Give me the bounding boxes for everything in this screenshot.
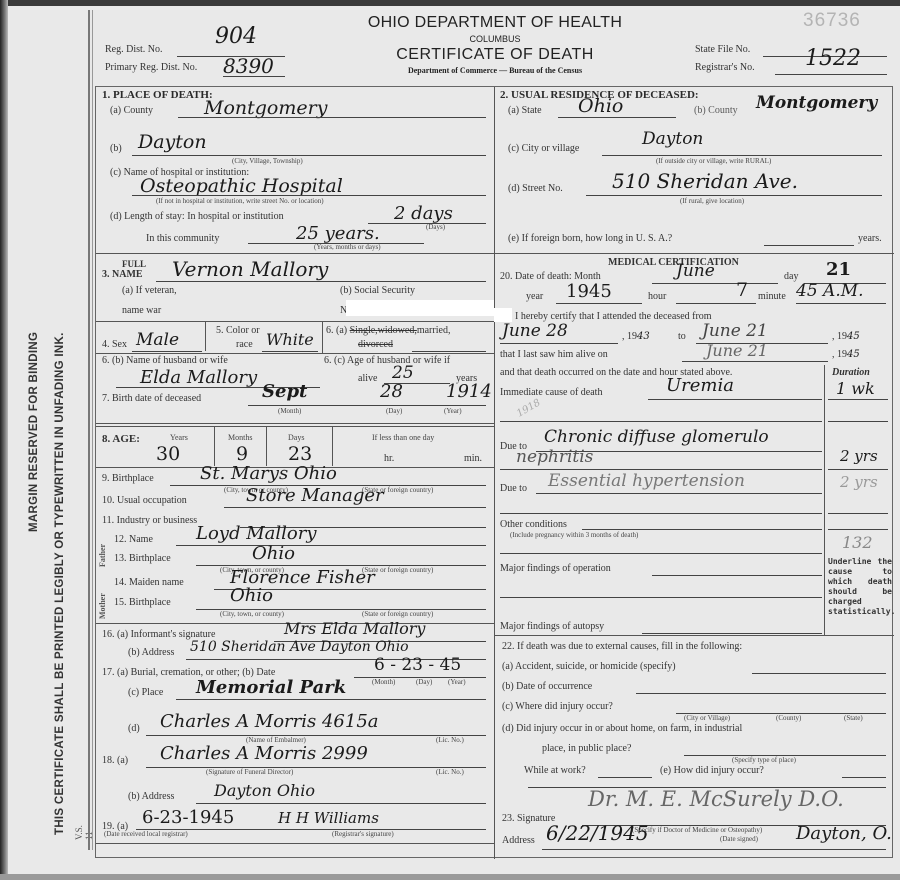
external-c-label: (c) Where did injury occur? <box>502 701 613 712</box>
cause-code-number: 132 <box>842 533 873 552</box>
birth-month-hint: (Month) <box>278 407 301 415</box>
physician-sig-hint: (Specify if Doctor of Medicine or Osteop… <box>632 826 762 834</box>
director-address-label: (b) Address <box>128 791 174 802</box>
age-years-label: Years <box>170 433 188 442</box>
other-conditions-label: Other conditions <box>500 519 567 530</box>
director-hint: (Signature of Funeral Director) <box>206 768 293 776</box>
veteran-label: (a) If veteran, <box>122 285 177 296</box>
burial-place-label: (c) Place <box>128 687 163 698</box>
mother-maiden-label: 14. Maiden name <box>114 577 184 588</box>
margin-note: 1918 <box>515 397 543 419</box>
scan-left-edge <box>0 0 8 880</box>
margin-reserved-text: MARGIN RESERVED FOR BINDING <box>28 332 40 532</box>
due-to-1-value-cont: nephritis <box>516 447 593 467</box>
due-to-1-duration: 2 yrs <box>840 447 878 465</box>
embalmer-lic-hint: (Lic. No.) <box>436 736 464 744</box>
form-body: 1. PLACE OF DEATH: (a) County Montgomery… <box>95 86 893 858</box>
age-less-label: If less than one day <box>372 433 434 442</box>
external-d-hint: (Specify type of place) <box>732 756 796 764</box>
residence-state-label: (a) State <box>508 105 542 116</box>
informant-signature: Mrs Elda Mallory <box>284 619 425 638</box>
external-e-label: (e) How did injury occur? <box>660 765 764 776</box>
residence-city-label: (c) City or village <box>508 143 579 154</box>
age-days-value: 23 <box>288 443 312 465</box>
director-prefix: 18. (a) <box>102 755 128 766</box>
birthplace-value: St. Marys Ohio <box>200 463 337 484</box>
attended-to-label: to <box>678 331 686 342</box>
autopsy-findings-label: Major findings of autopsy <box>500 621 604 632</box>
due-to-1-value: Chronic diffuse glomerulo <box>544 427 769 447</box>
age-label: 8. AGE: <box>102 433 140 445</box>
death-city-prefix: (b) <box>110 143 122 154</box>
age-years-value: 30 <box>156 443 180 465</box>
redaction-mark <box>494 308 512 322</box>
director-lic-hint: (Lic. No.) <box>436 768 464 776</box>
hospital-hint: (If not in hospital or institution, writ… <box>156 197 324 205</box>
certificate-header: Reg. Dist. No. 904 Primary Reg. Dist. No… <box>95 6 895 86</box>
birth-month-value: Sept <box>262 381 307 402</box>
last-saw-value: June 21 <box>706 341 768 360</box>
attended-to-value: June 21 <box>702 321 768 341</box>
death-city-hint: (City, Village, Township) <box>232 157 303 165</box>
reg-dist-value: 904 <box>215 24 257 49</box>
stay-community-value: 25 years. <box>296 223 380 244</box>
spouse-alive-label: alive <box>358 373 377 384</box>
residence-state-value: Ohio <box>578 95 623 117</box>
embalmer-value: Charles A Morris 4615a <box>160 711 379 732</box>
due-to-label-2: Due to <box>500 483 527 494</box>
occupation-value: Store Manager <box>246 485 384 506</box>
sex-label: 4. Sex <box>102 339 127 350</box>
immediate-cause-value: Uremia <box>666 375 734 396</box>
department-title: OHIO DEPARTMENT OF HEALTH <box>325 14 665 32</box>
residence-street-value: 510 Sheridan Ave. <box>612 169 798 193</box>
mother-bracket: Mother <box>98 573 110 621</box>
immediate-cause-label: Immediate cause of death <box>500 387 602 398</box>
father-name-label: 12. Name <box>114 534 153 545</box>
ssn-label: (b) Social Security <box>340 285 415 296</box>
external-b-label: (b) Date of occurrence <box>502 681 592 692</box>
death-county-label: (a) County <box>110 105 153 116</box>
external-d-label-cont: place, in public place? <box>542 743 631 754</box>
registrar-signature: H H Williams <box>278 809 379 827</box>
operation-findings-label: Major findings of operation <box>500 563 611 574</box>
death-minute-label: minute <box>758 291 786 302</box>
burial-date-value: 6 - 23 - 45 <box>374 655 461 675</box>
burial-day-hint: (Day) <box>416 678 432 686</box>
primary-reg-dist-value: 8390 <box>223 54 274 78</box>
last-saw-year: , 1945 <box>832 349 860 360</box>
duration-header: Duration <box>832 367 870 378</box>
registrars-no-label: Registrar's No. <box>695 62 755 73</box>
stay-hospital-value: 2 days <box>394 203 453 224</box>
veteran-war-label: name war <box>122 305 161 316</box>
birthplace-label: 9. Birthplace <box>102 473 154 484</box>
death-month-value: June <box>676 261 715 281</box>
age-min-label: min. <box>464 453 482 464</box>
death-hour-label: hour <box>648 291 666 302</box>
occupation-label: 10. Usual occupation <box>102 495 187 506</box>
due-to-2-value: Essential hypertension <box>548 471 745 491</box>
margin-rule-inner <box>92 10 93 850</box>
attended-to-year: , 1945 <box>832 331 860 342</box>
burial-year-hint: (Year) <box>448 678 466 686</box>
spouse-label: 6. (b) Name of husband or wife <box>102 355 228 366</box>
mother-birthplace-value: Ohio <box>230 585 273 606</box>
registrars-no-value: 1522 <box>805 46 861 71</box>
age-months-value: 9 <box>236 443 248 465</box>
age-hr-label: hr. <box>384 453 394 464</box>
date-signed-value: 6/22/1945 <box>546 821 649 845</box>
death-hour-value: 7 <box>736 279 748 301</box>
attended-from-value: June 28 <box>502 321 568 341</box>
death-year-value: 1945 <box>566 281 612 302</box>
death-city-value: Dayton <box>138 131 207 153</box>
spouse-age-value: 25 <box>392 363 414 383</box>
mother-birthplace-label: 15. Birthplace <box>114 597 171 608</box>
race-label-1: 5. Color or <box>216 325 260 336</box>
while-at-work-label: While at work? <box>524 765 586 776</box>
director-address-value: Dayton Ohio <box>214 781 315 800</box>
death-county-value: Montgomery <box>204 97 327 119</box>
hospital-value: Osteopathic Hospital <box>140 175 343 197</box>
residence-street-label: (d) Street No. <box>508 183 563 194</box>
full-name-value: Vernon Mallory <box>172 257 328 281</box>
father-birthplace-value: Ohio <box>252 543 295 564</box>
mother-state-hint: (State or foreign country) <box>362 610 433 618</box>
external-c-hint-state: (State) <box>844 714 863 722</box>
received-hint: (Date received local registrar) <box>104 830 188 838</box>
race-value: White <box>266 330 314 349</box>
age-months-label: Months <box>228 433 252 442</box>
date-signed-hint: (Date signed) <box>720 835 758 843</box>
margin-rule <box>88 10 90 850</box>
sex-value: Male <box>136 330 179 350</box>
underline-note: Underline the cause to which death shoul… <box>828 557 892 617</box>
document-title: CERTIFICATE OF DEATH <box>325 46 665 64</box>
external-d-label: (d) Did injury occur in or about home, o… <box>502 723 742 734</box>
physician-signature: Dr. M. E. McSurely D.O. <box>588 787 844 811</box>
reg-dist-label: Reg. Dist. No. <box>105 44 163 55</box>
medical-title: MEDICAL CERTIFICATION <box>608 257 739 268</box>
full-name-label-2: 3. NAME <box>102 269 143 280</box>
external-c-hint-city: (City or Village) <box>684 714 730 722</box>
attended-from-year: , 1943 <box>622 331 650 342</box>
residence-city-hint: (If outside city or village, write RURAL… <box>656 157 771 165</box>
spouse-age-label: 6. (c) Age of husband or wife if <box>324 355 450 366</box>
spouse-value: Elda Mallory <box>140 367 257 388</box>
birth-date-label: 7. Birth date of deceased <box>102 393 201 404</box>
director-value: Charles A Morris 2999 <box>160 743 368 764</box>
other-conditions-hint: (Include pregnancy within 3 months of de… <box>510 531 638 539</box>
birth-day-hint: (Day) <box>386 407 402 415</box>
place-of-death-title: 1. PLACE OF DEATH: <box>102 89 213 101</box>
death-day-value: 21 <box>826 259 851 280</box>
race-label-2: race <box>236 339 253 350</box>
industry-label: 11. Industry or business <box>102 515 197 526</box>
stamp-number: 36736 <box>803 10 861 32</box>
burial-month-hint: (Month) <box>372 678 395 686</box>
stay-hospital-hint: (Days) <box>426 223 445 231</box>
marital-status: 6. (a) Single,widowed,married, <box>326 325 450 336</box>
registrar-hint: (Registrar's signature) <box>332 830 394 838</box>
informant-address-value: 510 Sheridan Ave Dayton Ohio <box>190 639 409 655</box>
external-a-label: (a) Accident, suicide, or homicide (spec… <box>502 661 676 672</box>
ssn-redaction <box>346 300 494 316</box>
last-saw-label: that I last saw him alive on <box>500 349 608 360</box>
birth-year-value: 1914 <box>446 381 492 402</box>
received-date-value: 6-23-1945 <box>142 807 234 828</box>
death-year-label: year <box>526 291 543 302</box>
residence-county-label: (b) County <box>694 105 738 116</box>
residence-city-value: Dayton <box>642 129 703 149</box>
full-name-label-1: FULL <box>122 259 146 269</box>
physician-address-value: Dayton, O. <box>796 823 892 844</box>
column-divider <box>494 87 495 859</box>
scan-bottom-edge <box>0 874 900 880</box>
due-to-2-duration: 2 yrs <box>840 473 878 491</box>
title-block: OHIO DEPARTMENT OF HEALTH COLUMBUS CERTI… <box>325 14 665 75</box>
city-subtitle: COLUMBUS <box>325 34 665 44</box>
stay-hospital-label: (d) Length of stay: In hospital or insti… <box>110 211 284 222</box>
external-c-hint-county: (County) <box>776 714 801 722</box>
foreign-born-label: (e) If foreign born, how long in U. S. A… <box>508 233 672 244</box>
mother-city-hint: (City, town, or county) <box>220 610 284 618</box>
birth-year-hint: (Year) <box>444 407 462 415</box>
father-birthplace-label: 13. Birthplace <box>114 553 171 564</box>
physician-address-label: Address <box>502 835 535 846</box>
legibility-instruction: THIS CERTIFICATE SHALL BE PRINTED LEGIBL… <box>54 332 66 835</box>
death-certificate-page: MARGIN RESERVED FOR BINDING THIS CERTIFI… <box>0 0 900 880</box>
embalmer-prefix: (d) <box>128 723 140 734</box>
immediate-duration-value: 1 wk <box>836 379 875 398</box>
age-days-label: Days <box>288 433 304 442</box>
primary-reg-dist-label: Primary Reg. Dist. No. <box>105 62 197 73</box>
stay-community-hint: (Years, months or days) <box>314 243 381 251</box>
state-file-label: State File No. <box>695 44 750 55</box>
department-subtitle: Department of Commerce — Bureau of the C… <box>325 66 665 75</box>
marital-divorced: divorced <box>358 339 393 350</box>
residence-county-value: Montgomery <box>756 93 877 113</box>
death-minute-value: 45 A.M. <box>796 281 864 301</box>
father-name-value: Loyd Mallory <box>196 523 317 544</box>
stay-community-label: In this community <box>146 233 219 244</box>
informant-address-label: (b) Address <box>128 647 174 658</box>
binding-margin: MARGIN RESERVED FOR BINDING THIS CERTIFI… <box>18 80 93 860</box>
father-bracket: Father <box>98 527 110 571</box>
external-causes-title: 22. If death was due to external causes,… <box>502 641 742 652</box>
foreign-born-unit: years. <box>858 233 882 244</box>
residence-street-hint: (If rural, give location) <box>680 197 744 205</box>
birth-day-value: 28 <box>380 381 403 402</box>
burial-place-value: Memorial Park <box>196 677 346 698</box>
form-id: V.S. 11 <box>74 821 94 840</box>
